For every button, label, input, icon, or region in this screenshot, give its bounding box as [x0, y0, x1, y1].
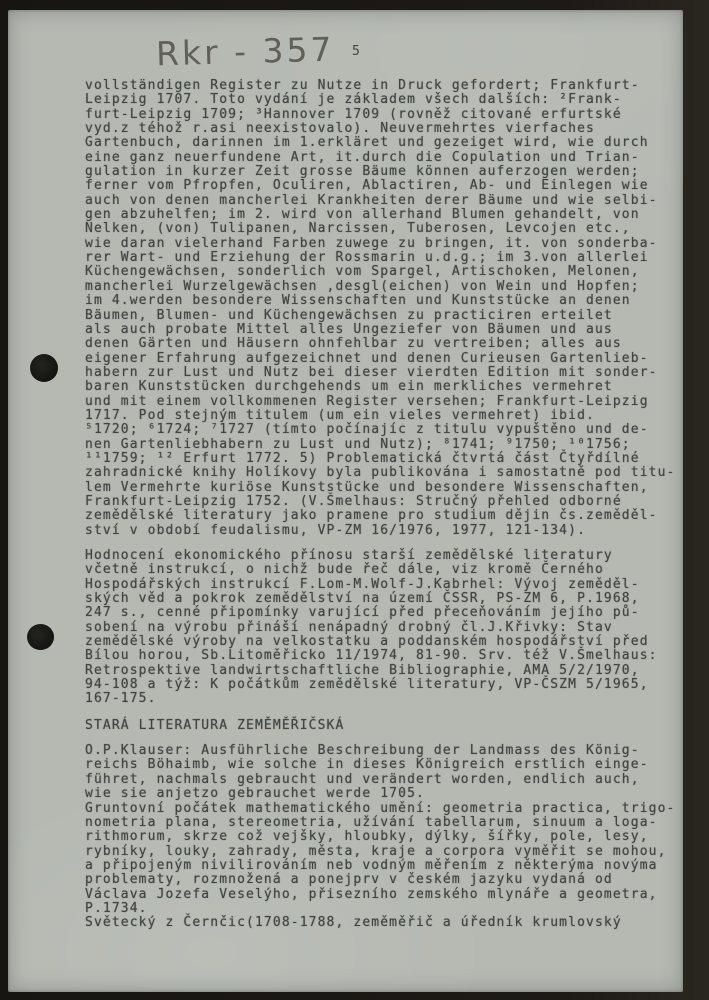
hole-punch-bottom: [27, 624, 54, 650]
paragraph-hodnoceni-literature: Hodnocení ekonomického přínosu starší ze…: [85, 549, 690, 707]
hole-punch-top: [30, 354, 58, 382]
paragraph-gruntovni-pocatek: Gruntovní počátek mathematického umění: …: [85, 802, 690, 917]
scan-background: Rkr - 357 5 vollständigen Register zu Nu…: [0, 0, 709, 1000]
page-number: 5: [352, 44, 361, 59]
paragraph-klauser: O.P.Klauser: Ausführliche Beschreibung d…: [85, 744, 690, 801]
paragraph-gartenbuch-bibliography: vollständigen Register zu Nutze in Druck…: [85, 79, 690, 538]
paragraph-svetecky: Světecký z Černčic(1708-1788, zeměměřič …: [85, 916, 690, 930]
document-page: Rkr - 357 5 vollständigen Register zu Nu…: [8, 10, 683, 992]
section-heading-stara-literatura: STARÁ LITERATURA ZEMĚMĚŘIČSKÁ: [85, 719, 690, 733]
handwritten-shelfmark: Rkr - 357: [156, 30, 335, 74]
typewritten-body: vollständigen Register zu Nutze in Druck…: [85, 79, 690, 931]
